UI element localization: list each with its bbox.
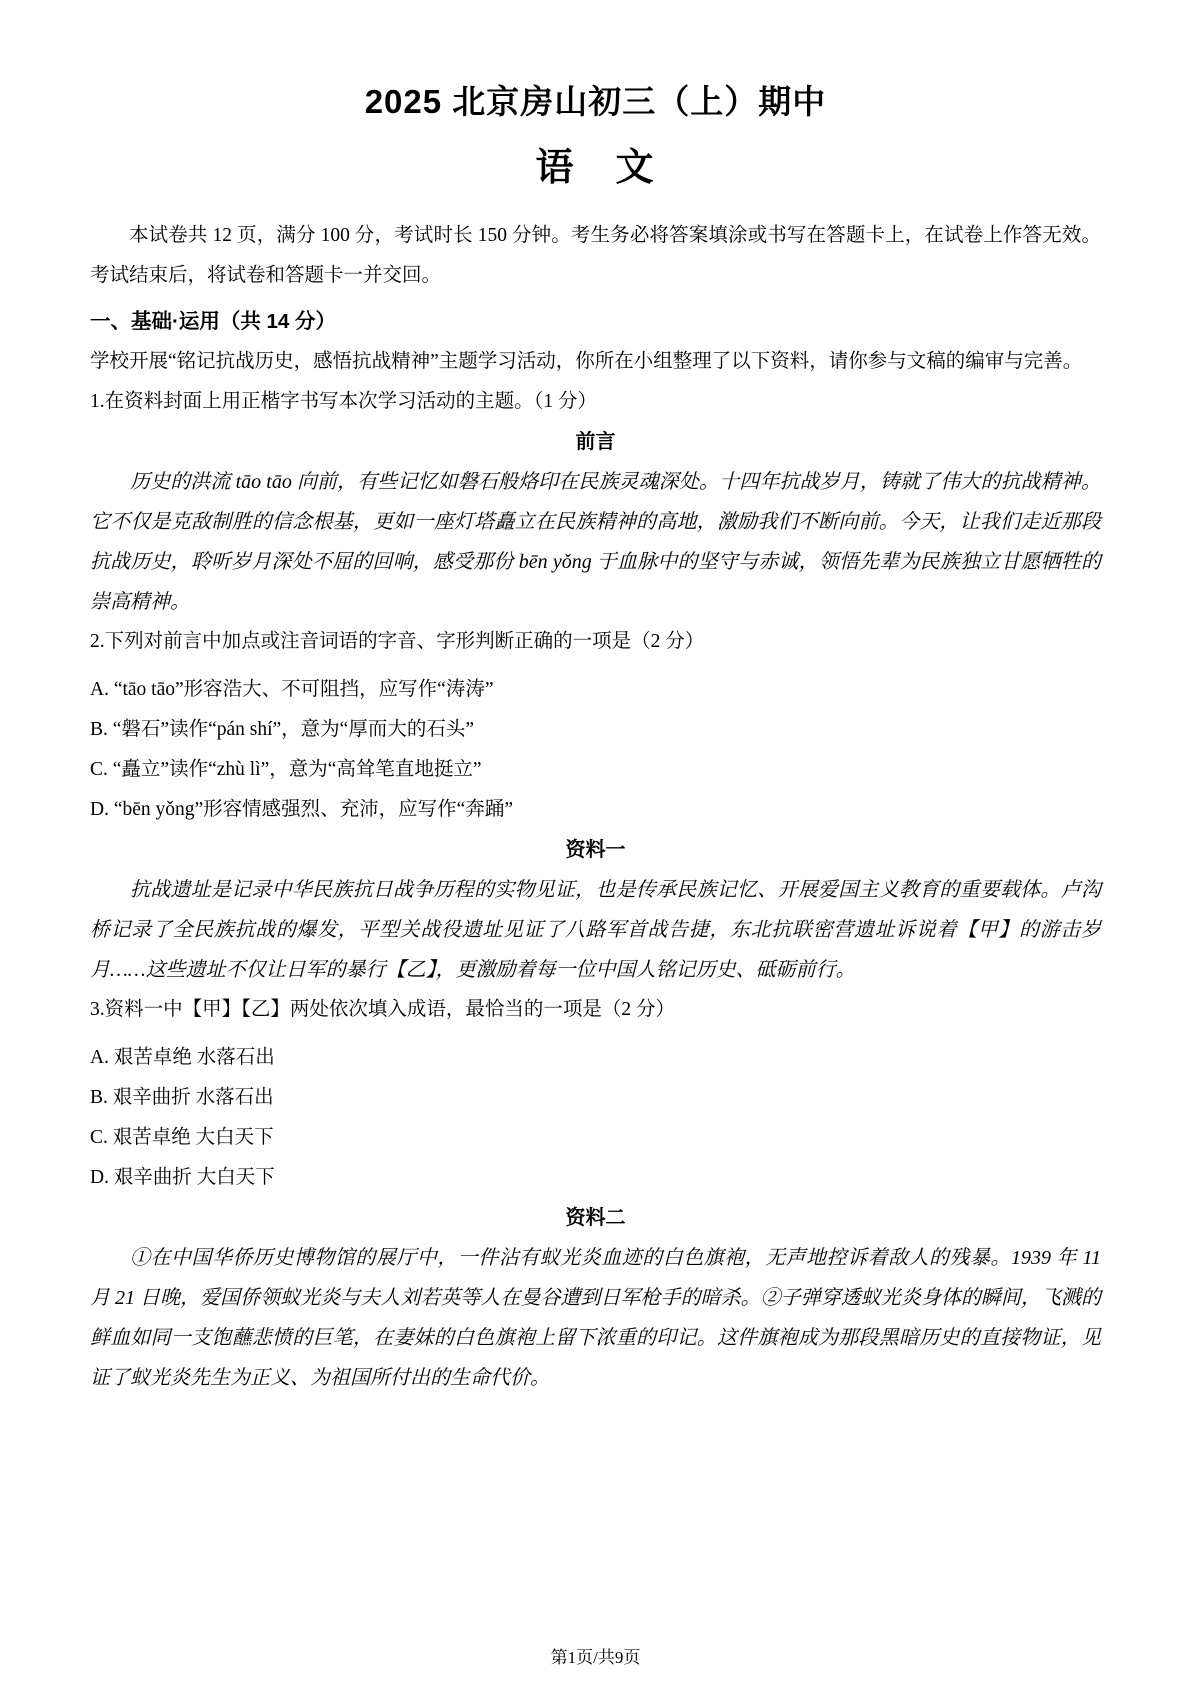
material-one-heading: 资料一 <box>90 830 1101 870</box>
question-2: 2.下列对前言中加点或注音词语的字音、字形判断正确的一项是（2 分） <box>90 622 1101 662</box>
question-2-options: A. “tāo tāo”形容浩大、不可阻挡，应写作“涛涛” B. “磐石”读作“… <box>90 670 1101 830</box>
exam-title: 2025 北京房山初三（上）期中 <box>90 84 1101 120</box>
question-3-option-c: C. 艰苦卓绝 大白天下 <box>90 1118 1101 1158</box>
question-3: 3.资料一中【甲】【乙】两处依次填入成语，最恰当的一项是（2 分） <box>90 990 1101 1030</box>
question-3-option-b: B. 艰辛曲折 水落石出 <box>90 1078 1101 1118</box>
preface-heading: 前言 <box>90 422 1101 462</box>
exam-subject-title: 语 文 <box>90 148 1101 190</box>
page-number-footer: 第1页/共9页 <box>0 1648 1191 1668</box>
question-2-option-c: C. “矗立”读作“zhù lì”，意为“高耸笔直地挺立” <box>90 750 1101 790</box>
material-one-paragraph: 抗战遗址是记录中华民族抗日战争历程的实物见证，也是传承民族记忆、开展爱国主义教育… <box>90 870 1101 990</box>
material-two-paragraph: ①在中国华侨历史博物馆的展厅中，一件沾有蚁光炎血迹的白色旗袍，无声地控诉着敌人的… <box>90 1238 1101 1398</box>
question-2-option-d: D. “bēn yǒng”形容情感强烈、充沛，应写作“奔踊” <box>90 790 1101 830</box>
question-1: 1.在资料封面上用正楷字书写本次学习活动的主题。（1 分） <box>90 382 1101 422</box>
question-3-options: A. 艰苦卓绝 水落石出 B. 艰辛曲折 水落石出 C. 艰苦卓绝 大白天下 D… <box>90 1038 1101 1198</box>
question-2-option-a: A. “tāo tāo”形容浩大、不可阻挡，应写作“涛涛” <box>90 670 1101 710</box>
exam-paper-page: 2025 北京房山初三（上）期中 语 文 本试卷共 12 页，满分 100 分，… <box>0 0 1191 1684</box>
question-2-option-b: B. “磐石”读作“pán shí”，意为“厚而大的石头” <box>90 710 1101 750</box>
question-3-option-a: A. 艰苦卓绝 水落石出 <box>90 1038 1101 1078</box>
material-two-heading: 资料二 <box>90 1198 1101 1238</box>
section-one-heading: 一、基础·运用（共 14 分） <box>90 302 1101 342</box>
question-3-option-d: D. 艰辛曲折 大白天下 <box>90 1158 1101 1198</box>
activity-lead-text: 学校开展“铭记抗战历史，感悟抗战精神”主题学习活动，你所在小组整理了以下资料，请… <box>90 342 1101 382</box>
page-content: 2025 北京房山初三（上）期中 语 文 本试卷共 12 页，满分 100 分，… <box>0 0 1191 1398</box>
exam-instructions: 本试卷共 12 页，满分 100 分，考试时长 150 分钟。考生务必将答案填涂… <box>90 216 1101 296</box>
preface-paragraph: 历史的洪流 tāo tāo 向前，有些记忆如磐石般烙印在民族灵魂深处。十四年抗战… <box>90 462 1101 622</box>
